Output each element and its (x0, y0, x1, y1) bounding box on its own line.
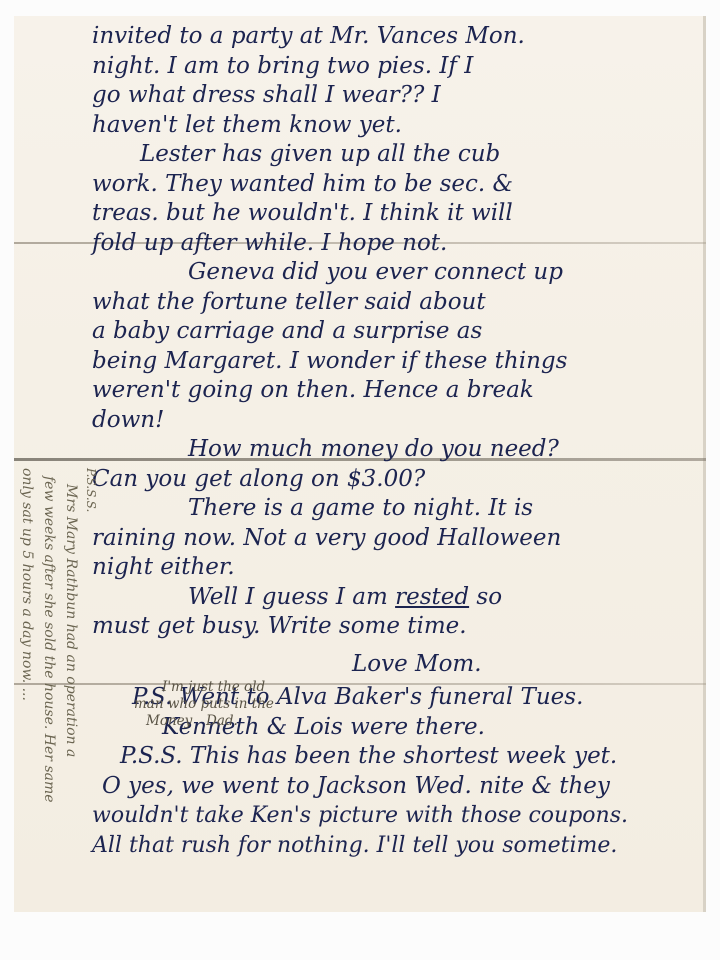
postscript-line: wouldn't take Ken's picture with those c… (92, 801, 712, 831)
letter-paper: invited to a party at Mr. Vances Mon. ni… (14, 16, 706, 912)
margin-note-line: only sat up 5 hours a day now. ... (16, 468, 38, 918)
letter-line: Well I guess I am rested so (92, 583, 712, 613)
letter-line: night either. (92, 553, 712, 583)
letter-line: How much money do you need? (92, 435, 712, 465)
letter-line: must get busy. Write some time. (92, 612, 712, 642)
letter-line: night. I am to bring two pies. If I (92, 52, 712, 82)
letter-text: Well I guess I am (188, 584, 388, 610)
dad-note-line: I'm just the old (134, 679, 334, 696)
letter-line: weren't going on then. Hence a break (92, 376, 712, 406)
letter-line: go what dress shall I wear?? I (92, 81, 712, 111)
margin-note-label: P.S.S.S. (82, 468, 100, 918)
letter-line: being Margaret. I wonder if these things (92, 347, 712, 377)
letter-line: what the fortune teller said about (92, 288, 712, 318)
letter-line: Geneva did you ever connect up (92, 258, 712, 288)
vertical-margin-note: P.S.S.S. Mrs Mary Rathbun had an operati… (10, 468, 100, 918)
letter-line: a baby carriage and a surprise as (92, 317, 712, 347)
scanned-page: invited to a party at Mr. Vances Mon. ni… (0, 0, 720, 960)
letter-body: invited to a party at Mr. Vances Mon. ni… (92, 22, 712, 860)
letter-line: invited to a party at Mr. Vances Mon. (92, 22, 712, 52)
margin-note-line: few weeks after she sold the house. Her … (38, 468, 60, 918)
letter-line: down! (92, 406, 712, 436)
dad-pencil-note: I'm just the old man who puts in the Mon… (134, 679, 334, 730)
letter-line: work. They wanted him to be sec. & (92, 170, 712, 200)
letter-line: fold up after while. I hope not. (92, 229, 712, 259)
postscript-line: P.S.S. This has been the shortest week y… (92, 742, 712, 772)
letter-line: Can you get along on $3.00? (92, 465, 712, 495)
letter-text: so (476, 584, 502, 610)
letter-line: Lester has given up all the cub (92, 140, 712, 170)
letter-line: treas. but he wouldn't. I think it will (92, 199, 712, 229)
postscript-line: All that rush for nothing. I'll tell you… (92, 831, 712, 861)
dad-note-line: man who puts in the (134, 696, 334, 713)
margin-note-line: Mrs Mary Rathbun had an operation a (60, 468, 82, 918)
underlined-word: rested (395, 584, 469, 610)
letter-closing: Love Mom. (92, 650, 712, 680)
letter-line: haven't let them know yet. (92, 111, 712, 141)
letter-line: There is a game to night. It is (92, 494, 712, 524)
letter-line: raining now. Not a very good Halloween (92, 524, 712, 554)
postscript-line: O yes, we went to Jackson Wed. nite & th… (92, 772, 712, 802)
